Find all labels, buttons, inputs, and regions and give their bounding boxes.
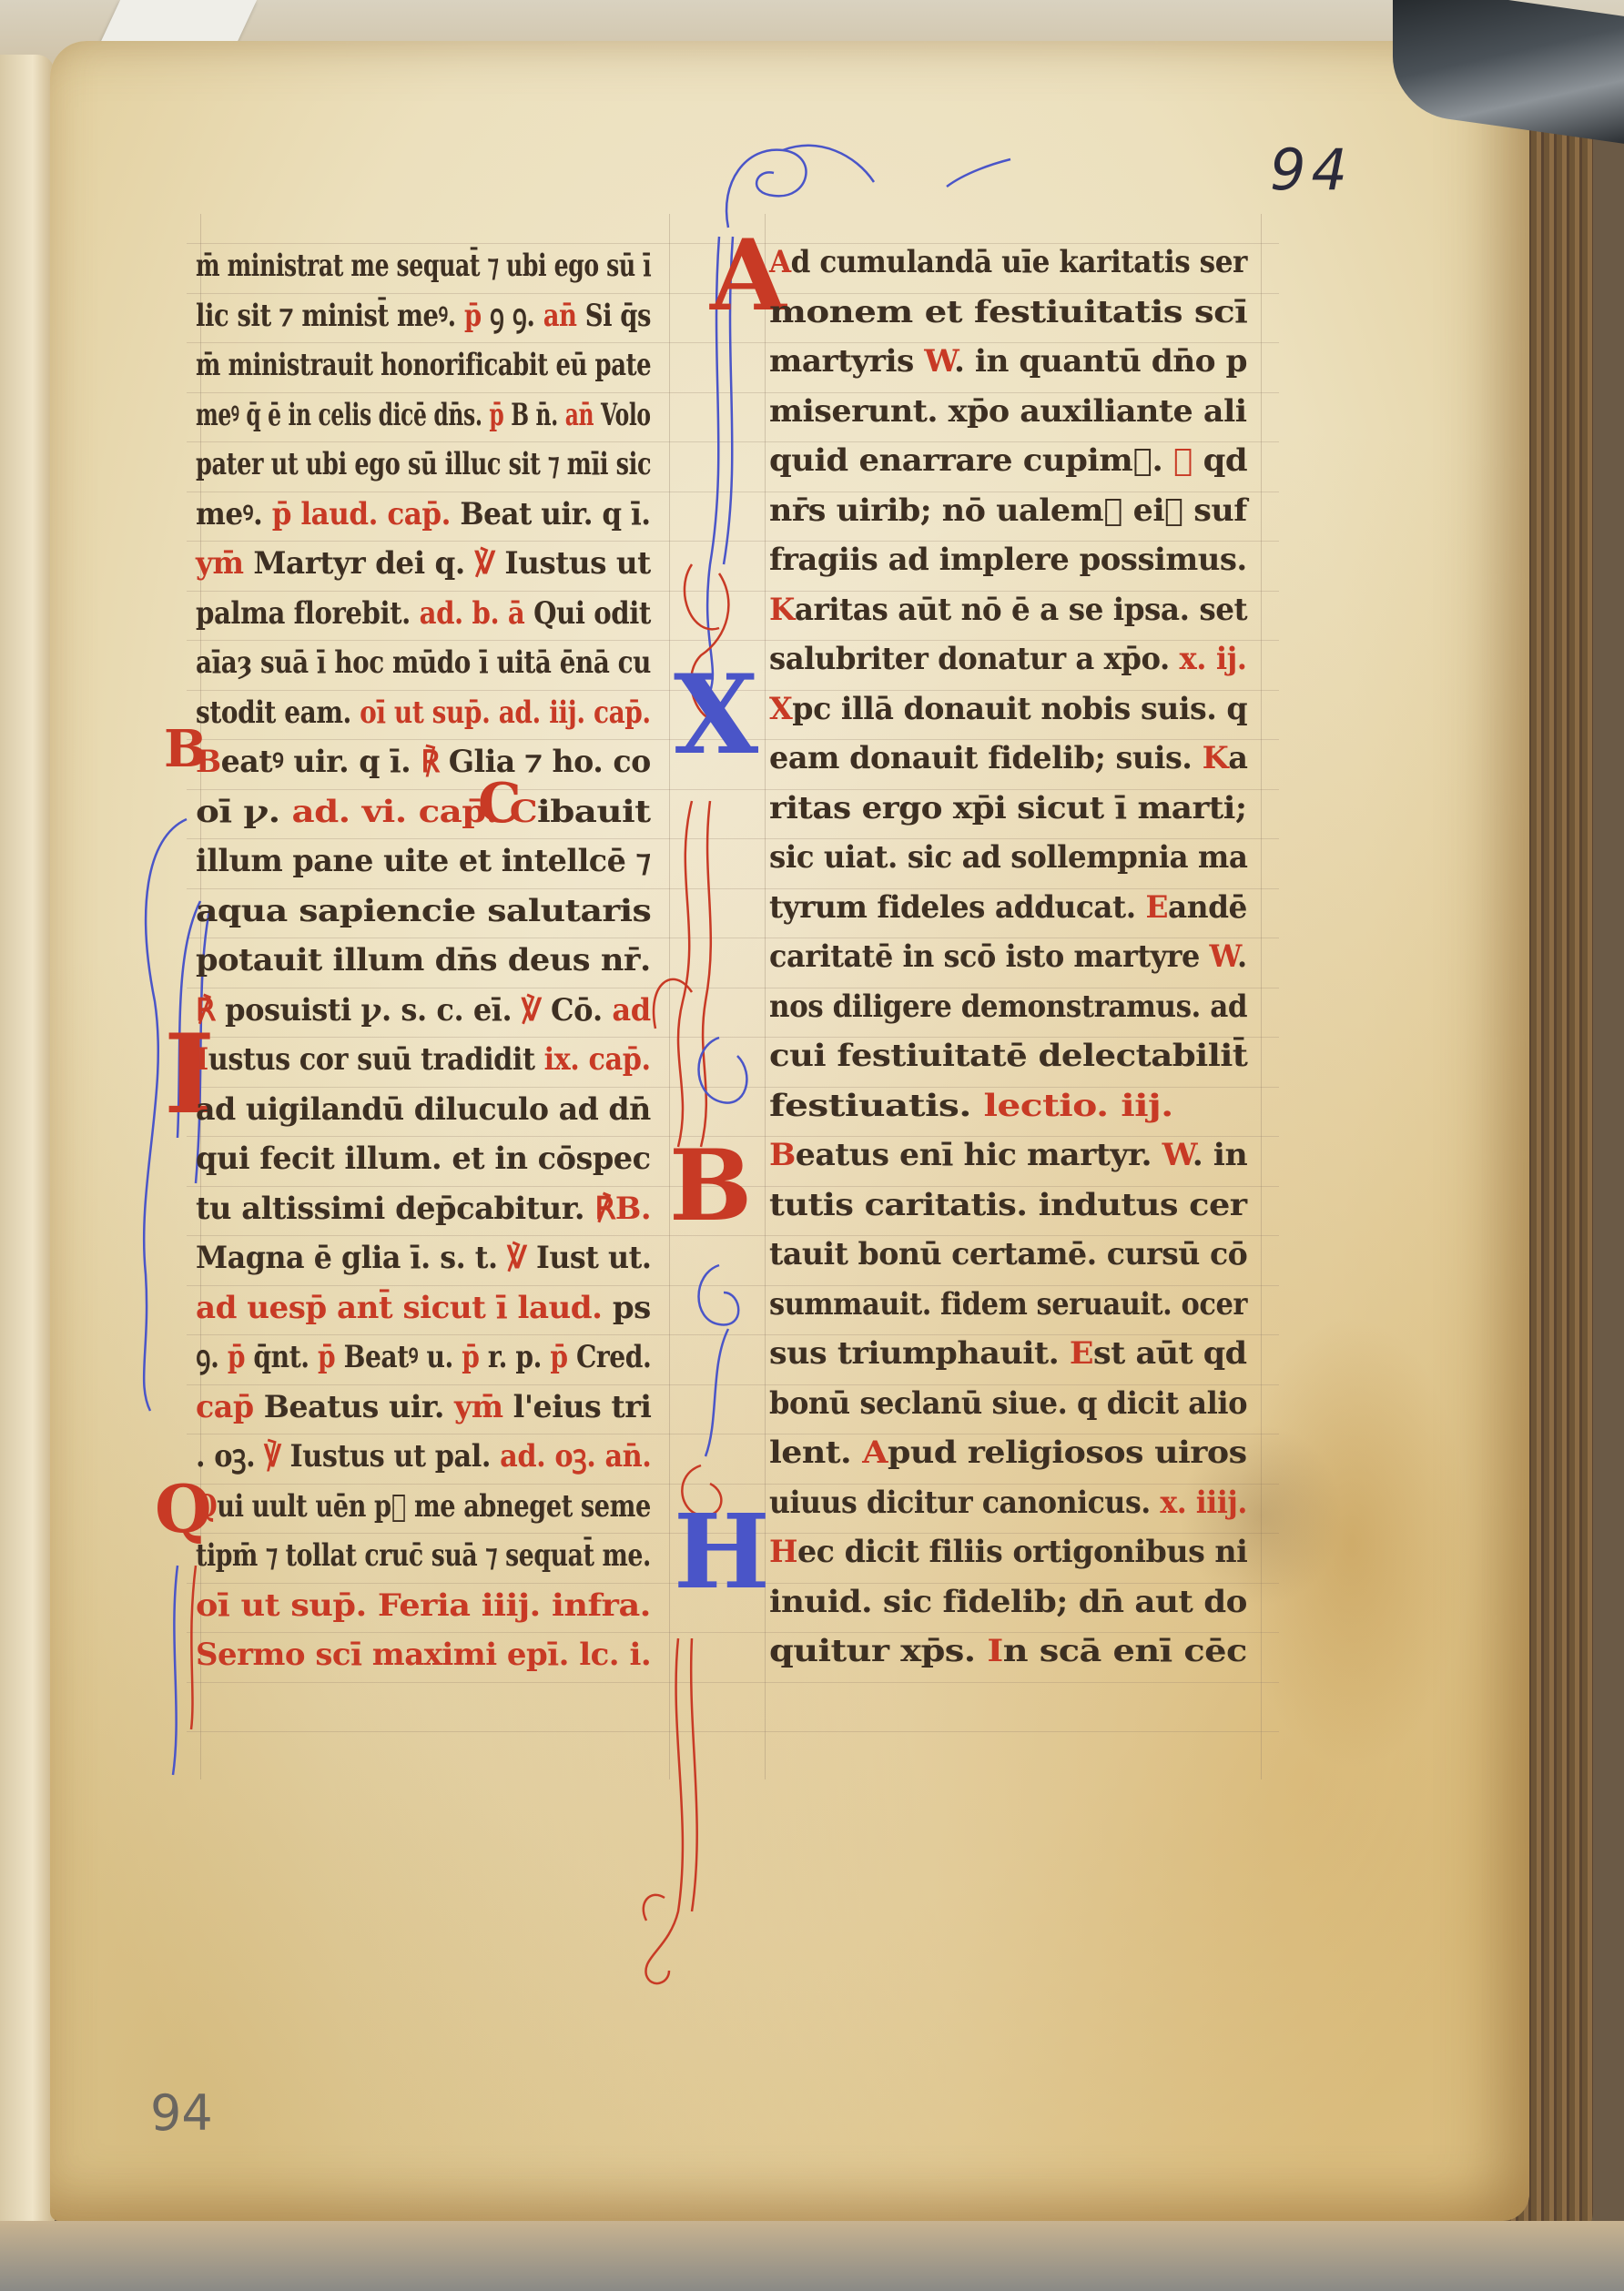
manuscript-line: Magna ē glia ī. s. t. ℣ Iust ut.: [196, 1240, 651, 1276]
text-segment: pc illā donauit nobis suis. q: [792, 691, 1247, 727]
text-segment: bonū seclanū siue. q dicit alio: [769, 1385, 1247, 1422]
manuscript-line: . oꝫ. ℣ Iustus ut pal. ad. oꝫ. an̄.: [196, 1438, 651, 1475]
manuscript-line: caritatē in scō isto martyre W.: [769, 938, 1247, 975]
manuscript-line: Hec dicit filiis ortigonibus ni: [769, 1534, 1247, 1570]
manuscript-line: uiuus dicitur canonicus. x. iiij.: [769, 1485, 1247, 1521]
manuscript-line: oī ut sup̄. Feria iiij. infra.: [196, 1587, 651, 1624]
text-segment: tauit bonū certamē. cursū cō: [769, 1236, 1247, 1272]
text-segment: .: [1237, 938, 1247, 975]
rubric-text: W: [1162, 1137, 1193, 1173]
text-segment: Si q̄s: [577, 298, 652, 334]
initial-H-blue: H: [674, 1493, 770, 1612]
manuscript-line: Beatus enī hic martyr. W. in: [769, 1137, 1247, 1173]
initial-B-red: B: [669, 1129, 752, 1243]
text-segment: lent.: [769, 1434, 862, 1471]
manuscript-line: qui fecit illum. et in cōspec: [196, 1140, 651, 1177]
manuscript-line: potauit illum dn̄s deus nr̄.: [196, 942, 651, 978]
manuscript-line: tutis caritatis. indutus cer: [769, 1187, 1247, 1223]
text-segment: tutis caritatis. indutus cer: [769, 1187, 1247, 1223]
text-segment: posuisti ꝩ. s. c. eī.: [215, 992, 521, 1029]
rubric-text: p̄: [489, 397, 503, 433]
text-segment: Beatꝰ u.: [335, 1339, 462, 1375]
text-segment: qui fecit illum. et in cōspec: [196, 1140, 651, 1177]
manuscript-line: pater ut ubi ego sū illuc sit ⁊ mīi sic: [196, 446, 651, 482]
rubric-text: Sermo scī maximi epī. lc. i.: [196, 1637, 651, 1673]
text-segment: miserunt. xp̄o auxiliante ali: [769, 393, 1247, 430]
text-segment: ad uigilandū diluculo ad dn̄: [196, 1091, 651, 1128]
manuscript-line: summauit. fidem seruauit. ocer: [769, 1286, 1247, 1323]
manuscript-line: martyris W. in quantū dn̄o p: [769, 343, 1247, 380]
text-segment: pater ut ubi ego sū illuc sit ⁊ mīi sic: [196, 446, 651, 482]
rubric-text: ℣: [264, 1438, 280, 1475]
text-segment: ec dicit filiis ortigonibus ni: [797, 1534, 1247, 1570]
manuscript-line: miserunt. xp̄o auxiliante ali: [769, 393, 1247, 430]
manuscript-line: tyrum fideles adducat. Eandē: [769, 889, 1247, 926]
rubric-text: ad uesp̄ ant̄ sicut ī laud.: [196, 1290, 613, 1326]
rubric-text: ym̄: [454, 1389, 503, 1425]
rubric-text: oī ut sup̄. ad. iij. cap̄.: [360, 694, 651, 731]
rubric-text: lectio. iij.: [983, 1088, 1172, 1124]
manuscript-line: eam donauit fidelib; suis. Ka: [769, 740, 1247, 776]
text-segment: ustus cor suū tradidit: [208, 1041, 544, 1078]
text-segment: d cumulandā uīe karitatis ser: [791, 244, 1247, 280]
text-segment: illum pane uite et intellcē ⁊: [196, 843, 651, 879]
text-segment: . in quantū dn̄o p: [954, 343, 1247, 380]
manuscript-line: Karitas aūt nō ē a se ipsa. set: [769, 592, 1247, 628]
manuscript-line: quid enarrare cupim᷑. ⁊ qd: [769, 442, 1247, 479]
manuscript-line: m̄ ministrat me sequat̄ ⁊ ubi ego sū ī: [196, 248, 651, 284]
manuscript-line: aīaȝ suā ī hoc mūdo ī uitā ēnā cu: [196, 644, 651, 681]
rubric-text: ℣: [507, 1240, 526, 1276]
manuscript-line: tauit bonū certamē. cursū cō: [769, 1236, 1247, 1272]
text-segment: aīaȝ suā ī hoc mūdo ī uitā ēnā cu: [196, 644, 651, 681]
text-segment: palma florebit.: [196, 595, 420, 632]
manuscript-line: m̄ ministrauit honorificabit eū pate: [196, 347, 651, 383]
manuscript-line: Xpc illā donauit nobis suis. q: [769, 691, 1247, 727]
rubric-text: ℟: [421, 744, 438, 780]
text-segment: nr̄s uirib; nō ualem᷑ eiꝰ suf: [769, 492, 1247, 529]
rubric-text: K: [769, 592, 795, 628]
text-segment: a: [1228, 740, 1247, 776]
rubric-text: ℟B.: [594, 1191, 651, 1227]
text-segment: tipm̄ ⁊ tollat cruc̄ suā ⁊ sequat̄ me.: [196, 1537, 651, 1574]
rubric-text: C: [510, 794, 537, 830]
manuscript-line: oī ꝩ. ad. vi. cap̄. Cibauit: [196, 794, 651, 830]
rubric-text: X: [769, 691, 792, 727]
manuscript-line: sus triumphauit. Est aūt qd: [769, 1335, 1247, 1372]
rubric-text: p̄: [464, 298, 482, 334]
text-segment: m̄ ministrauit honorificabit eū pate: [196, 347, 651, 383]
text-segment: ps: [613, 1290, 651, 1326]
rubric-text: p̄: [318, 1339, 335, 1375]
text-segment: qd: [1193, 442, 1247, 479]
manuscript-line: tipm̄ ⁊ tollat cruc̄ suā ⁊ sequat̄ me.: [196, 1537, 651, 1574]
text-segment: ꝯ.: [196, 1339, 228, 1375]
manuscript-line: meꝰ. p̄ laud. cap̄. Beat uir. q ī.: [196, 496, 651, 532]
manuscript-line: fragiis ad implere possimus.: [769, 542, 1247, 578]
text-segment: sic uiat. sic ad sollempnia ma: [769, 839, 1247, 876]
text-segment: nos diligere demonstramus. ad: [769, 988, 1247, 1025]
text-segment: Qui odit: [524, 595, 651, 632]
text-segment: cui festiuitatē delectabilit̄: [769, 1038, 1247, 1074]
text-segment: Iust ut.: [526, 1240, 651, 1276]
manuscript-line: tu altissimi dep̄cabitur. ℟B.: [196, 1191, 651, 1227]
text-segment: monem et festiuitatis scī: [769, 294, 1247, 330]
text-segment: andē: [1168, 889, 1247, 926]
text-segment: inuid. sic fidelib; dn̄ aut do: [769, 1584, 1247, 1620]
manuscript-line: Sermo scī maximi epī. lc. i.: [196, 1637, 651, 1673]
rubric-text: an̄: [565, 397, 594, 433]
manuscript-line: Qui uult uēn p᷑ me abneget seme: [196, 1488, 651, 1525]
manuscript-line: ℟ posuisti ꝩ. s. c. eī. ℣ Cō. ad: [196, 992, 651, 1029]
text-segment: aritas aūt nō ē a se ipsa. set: [795, 592, 1247, 628]
rubric-text: oī ut sup̄. Feria iiij. infra.: [196, 1587, 651, 1624]
manuscript-line: bonū seclanū siue. q dicit alio: [769, 1385, 1247, 1422]
manuscript-line: cui festiuitatē delectabilit̄: [769, 1038, 1247, 1074]
text-segment: fragiis ad implere possimus.: [769, 542, 1247, 578]
text-segment: sus triumphauit.: [769, 1335, 1070, 1372]
manuscript-line: monem et festiuitatis scī: [769, 294, 1247, 330]
manuscript-line: ad uesp̄ ant̄ sicut ī laud. ps: [196, 1290, 651, 1326]
rubric-text: ix. cap̄.: [544, 1041, 651, 1078]
text-segment: tyrum fideles adducat.: [769, 889, 1146, 926]
manuscript-line: salubriter donatur a xp̄o. x. ij.: [769, 641, 1247, 677]
rubric-text: ℣: [522, 992, 541, 1029]
rubric-text: Q: [196, 1488, 217, 1525]
rubric-text: W: [924, 343, 954, 380]
rubric-text: A: [862, 1434, 888, 1471]
rubric-text: ℣: [475, 545, 495, 582]
text-segment: ritas ergo xp̄i sicut ī marti;: [769, 790, 1247, 826]
text-segment: oī ꝩ.: [196, 794, 292, 830]
text-segment: r. p.: [479, 1339, 550, 1375]
manuscript-line: ꝯ. p̄ q̄nt. p̄ Beatꝰ u. p̄ r. p. p̄ Cred…: [196, 1339, 651, 1375]
manuscript-line: aqua sapiencie salutaris: [196, 893, 651, 929]
rubric-text: K: [1203, 740, 1229, 776]
text-segment: lic sit ⁊ minist̄ meꝰ.: [196, 298, 464, 334]
rubric-text: ℟: [196, 992, 215, 1029]
text-segment: uiuus dicitur canonicus.: [769, 1485, 1160, 1521]
rubric-text: ym̄: [196, 545, 244, 582]
text-segment: tu altissimi dep̄cabitur.: [196, 1191, 594, 1227]
text-segment: Cō.: [541, 992, 612, 1029]
text-segment: Beatus uir.: [254, 1389, 454, 1425]
manuscript-line: ym̄ Martyr dei q. ℣ Iustus ut: [196, 545, 651, 582]
text-segment: stodit eam.: [196, 694, 360, 731]
manuscript-line: cap̄ Beatus uir. ym̄ l'eius tri: [196, 1389, 651, 1425]
text-segment: caritatē in scō isto martyre: [769, 938, 1210, 975]
manuscript-line: inuid. sic fidelib; dn̄ aut do: [769, 1584, 1247, 1620]
text-segment: q̄nt.: [245, 1339, 318, 1375]
text-segment: Martyr dei q.: [244, 545, 475, 582]
text-segment: aqua sapiencie salutaris: [196, 893, 651, 929]
manuscript-line: stodit eam. oī ut sup̄. ad. iij. cap̄.: [196, 694, 651, 731]
rubric-text: ad. vi. cap̄.: [292, 794, 510, 830]
manuscript-line: illum pane uite et intellcē ⁊: [196, 843, 651, 879]
rubric-text: A: [769, 244, 791, 280]
manuscript-line: Iustus cor suū tradidit ix. cap̄.: [196, 1041, 651, 1078]
text-segment: quid enarrare cupim᷑.: [769, 442, 1173, 479]
text-segment: . oꝫ.: [196, 1438, 264, 1475]
text-segment: m̄ ministrat me sequat̄ ⁊ ubi ego sū ī: [196, 248, 651, 284]
text-segment: ibauit: [537, 794, 651, 830]
manuscript-line: sic uiat. sic ad sollempnia ma: [769, 839, 1247, 876]
rubric-text: ad. oꝫ. an̄.: [500, 1438, 651, 1475]
rubric-text: E: [1146, 889, 1168, 926]
manuscript-line: festiuatis. lectio. iij.: [769, 1088, 1173, 1124]
text-segment: potauit illum dn̄s deus nr̄.: [196, 942, 651, 978]
rubric-text: x. ij.: [1180, 641, 1247, 677]
text-segment: meꝰ q̄ ē in celis dicē dn̄s.: [196, 397, 489, 433]
manuscript-line: lent. Apud religiosos uiros: [769, 1434, 1247, 1471]
rubric-text: an̄: [543, 298, 577, 334]
rubric-text: p̄: [228, 1339, 245, 1375]
rubric-text: ad: [612, 992, 650, 1029]
text-segment: salubriter donatur a xp̄o.: [769, 641, 1180, 677]
rubric-text: p̄ laud. cap̄.: [272, 496, 451, 532]
text-segment: pud religiosos uiros: [888, 1434, 1247, 1471]
text-segment: festiuatis.: [769, 1088, 983, 1124]
rubric-text: B: [769, 1137, 796, 1173]
rubric-text: cap̄: [196, 1389, 254, 1425]
text-segment: meꝰ.: [196, 496, 272, 532]
manuscript-line: ad uigilandū diluculo ad dn̄: [196, 1091, 651, 1128]
text-segment: ui uult uēn p᷑ me abneget seme: [217, 1488, 651, 1525]
manuscript-line: palma florebit. ad. b. ā Qui odit: [196, 595, 651, 632]
manuscript-line: quitur xp̄s. In scā enī cēc: [769, 1633, 1247, 1669]
text-segment: Volo: [594, 397, 651, 433]
initial-X-blue: X: [674, 651, 758, 779]
rubric-text: H: [769, 1534, 797, 1570]
text-segment: l'eius tri: [503, 1389, 652, 1425]
manuscript-line: meꝰ q̄ ē in celis dicē dn̄s. p̄ B n̄. an…: [196, 397, 651, 433]
rubric-text: I: [987, 1633, 1002, 1669]
manuscript-line: nos diligere demonstramus. ad: [769, 988, 1247, 1025]
text-segment: ꝯ ꝯ.: [482, 298, 543, 334]
text-segment: n scā enī cēc: [1003, 1633, 1247, 1669]
text-segment: Iustus ut: [494, 545, 650, 582]
rubric-text: B: [196, 744, 221, 780]
text-segment: Iustus ut pal.: [280, 1438, 500, 1475]
rubric-text: p̄: [550, 1339, 567, 1375]
rubric-text: x. iiij.: [1160, 1485, 1247, 1521]
text-segment: Magna ē glia ī. s. t.: [196, 1240, 507, 1276]
manuscript-line: nr̄s uirib; nō ualem᷑ eiꝰ suf: [769, 492, 1247, 529]
text-segment: eam donauit fidelib; suis.: [769, 740, 1203, 776]
text-segment: martyris: [769, 343, 924, 380]
text-segment: eatus enī hic martyr.: [796, 1137, 1162, 1173]
text-segment: Cred.: [568, 1339, 652, 1375]
rubric-text: W: [1210, 938, 1237, 975]
text-segment: summauit. fidem seruauit. ocer: [769, 1286, 1247, 1323]
manuscript-line: lic sit ⁊ minist̄ meꝰ. p̄ ꝯ ꝯ. an̄ Si q̄…: [196, 298, 651, 334]
text-segment: Beat uir. q ī.: [451, 496, 651, 532]
rubric-text: ⁊: [1173, 442, 1193, 479]
rubric-text: p̄: [462, 1339, 479, 1375]
text-segment: . in: [1193, 1137, 1247, 1173]
text-segment: eatꝰ uir. q ī.: [221, 744, 421, 780]
text-segment: quitur xp̄s.: [769, 1633, 987, 1669]
manuscript-line: Beatꝰ uir. q ī. ℟ Glia ⁊ ho. co: [196, 744, 651, 780]
text-segment: B n̄.: [503, 397, 564, 433]
manuscript-line: Ad cumulandā uīe karitatis ser: [769, 244, 1247, 280]
text-segment: st aūt qd: [1093, 1335, 1247, 1372]
rubric-text: E: [1070, 1335, 1093, 1372]
text-segment: Glia ⁊ ho. co: [439, 744, 651, 780]
rubric-text: ad. b. ā: [420, 595, 525, 632]
rubric-text: I: [196, 1041, 208, 1078]
manuscript-line: ritas ergo xp̄i sicut ī marti;: [769, 790, 1247, 826]
